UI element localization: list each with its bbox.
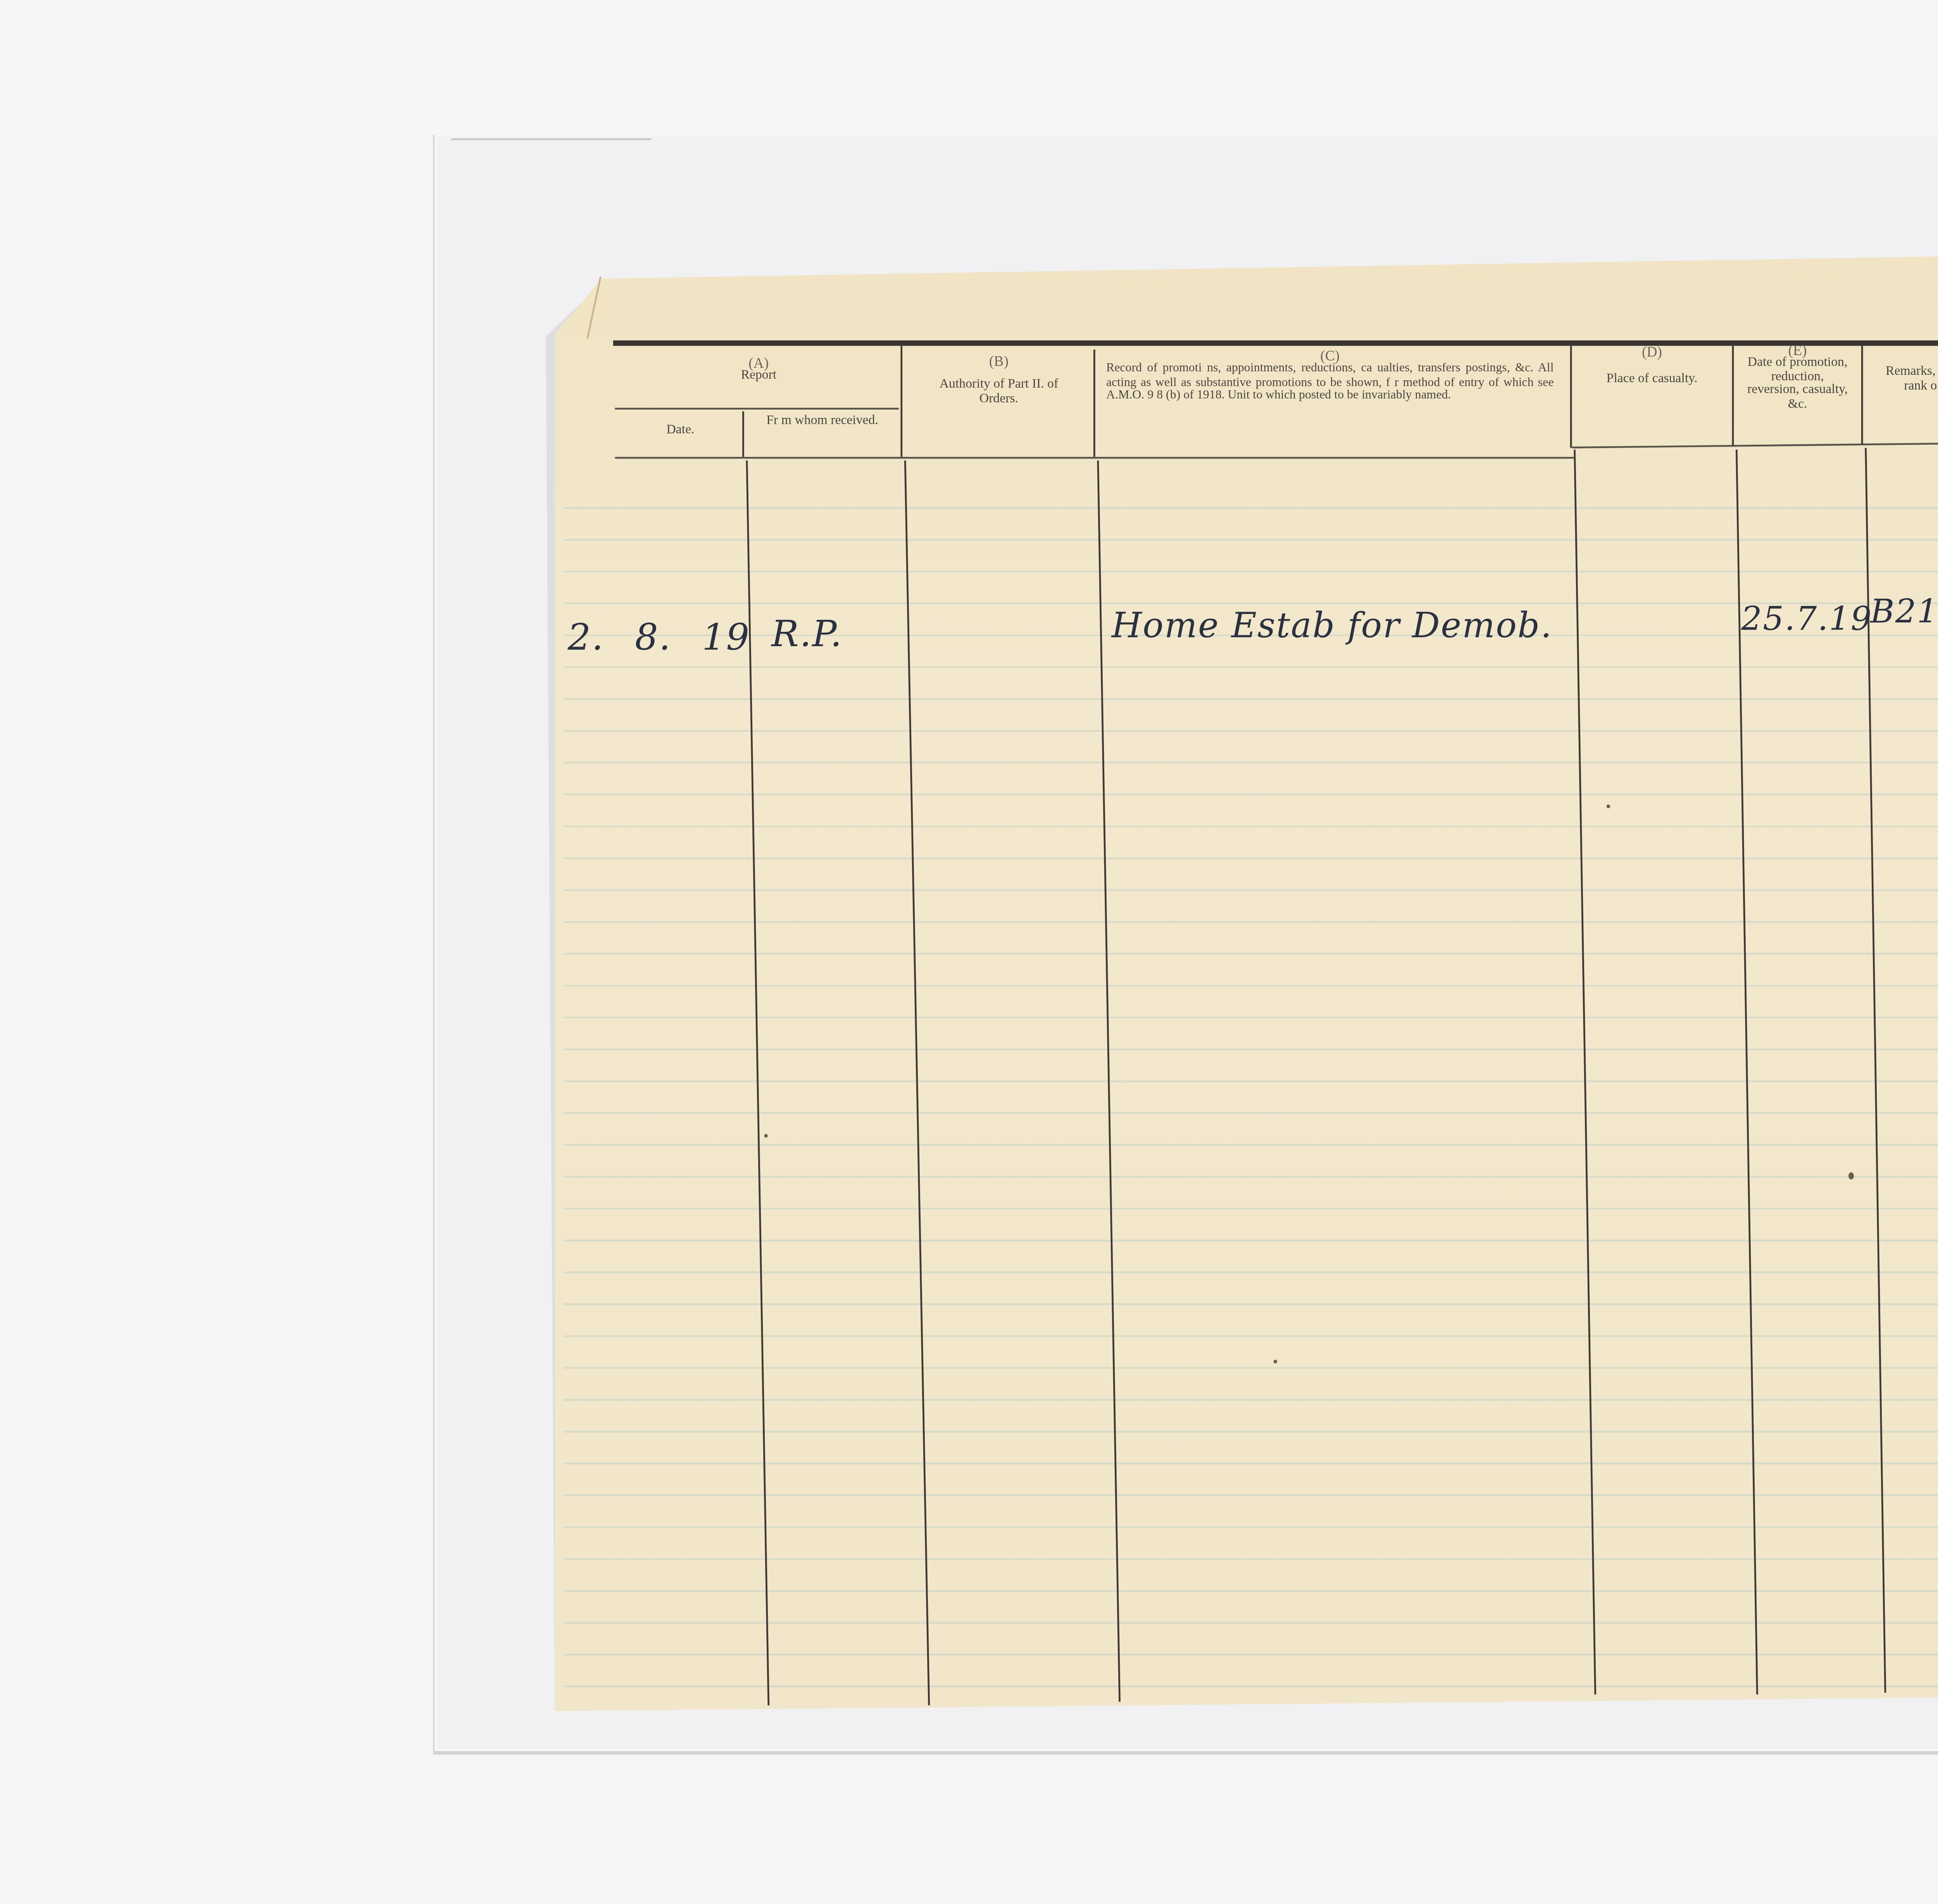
report-subheader-rule: [615, 408, 899, 410]
divider-c-d: [1570, 346, 1572, 448]
header-col-f: F) Remarks, and initials and rank of an …: [1867, 342, 1938, 394]
col-d-label: Place of casualty.: [1576, 374, 1728, 388]
col-e-label: Date of promotion, reduction, reversion,…: [1738, 357, 1858, 411]
entry-from-whom: R.P.: [771, 612, 843, 655]
header-col-a: (A) Report: [619, 357, 899, 384]
header-col-c: (C) Record of promoti ns, appointments, …: [1106, 350, 1554, 402]
col-b-label: Authority of Part II. of Orders.: [910, 379, 1088, 407]
col-f-label: Remarks, and initials and rank of an Off…: [1867, 367, 1938, 394]
entry-report-date: 2. 8. 19: [567, 615, 750, 659]
divider-d-e: [1732, 346, 1734, 446]
header-col-a-date: Date.: [622, 424, 738, 438]
col-c-letter: (C): [1106, 350, 1554, 363]
header-col-e: (E) Date of promotion, reduction, revers…: [1738, 344, 1858, 412]
scan-stage: (A) Report Date. Fr m whom received. (B)…: [0, 0, 1938, 1904]
col-a-label: Report: [741, 368, 776, 383]
col-f-letter: F): [1867, 342, 1938, 356]
ruled-lines: [564, 477, 1938, 1696]
header-col-a-from: Fr m whom received.: [760, 415, 884, 429]
col-d-letter: (D): [1576, 346, 1728, 359]
divider-a-b: [900, 346, 902, 457]
paper-speck: [1607, 805, 1610, 808]
paper-speck: [764, 1134, 767, 1138]
divider-b-c: [1093, 350, 1095, 457]
entry-record: Home Estab for Demob.: [1112, 606, 1552, 646]
divider-e-f: [1861, 346, 1863, 444]
header-bottom-rule-left: [615, 457, 1574, 459]
entry-date-of-promotion: 25.7.19: [1741, 601, 1872, 639]
col-b-letter: (B): [910, 355, 1088, 369]
sleeve-top-edge: [451, 138, 651, 140]
header-col-b: (B) Authority of Part II. of Orders.: [910, 355, 1088, 407]
entry-remarks: B213. R.P.: [1870, 593, 1938, 632]
paper-speck: [1274, 1360, 1277, 1363]
header-col-d: (D) Place of casualty.: [1576, 346, 1728, 387]
col-c-label: Record of promoti ns, appointments, redu…: [1106, 363, 1554, 402]
divider-date-from: [742, 411, 744, 457]
paper-speck: [1848, 1172, 1854, 1180]
